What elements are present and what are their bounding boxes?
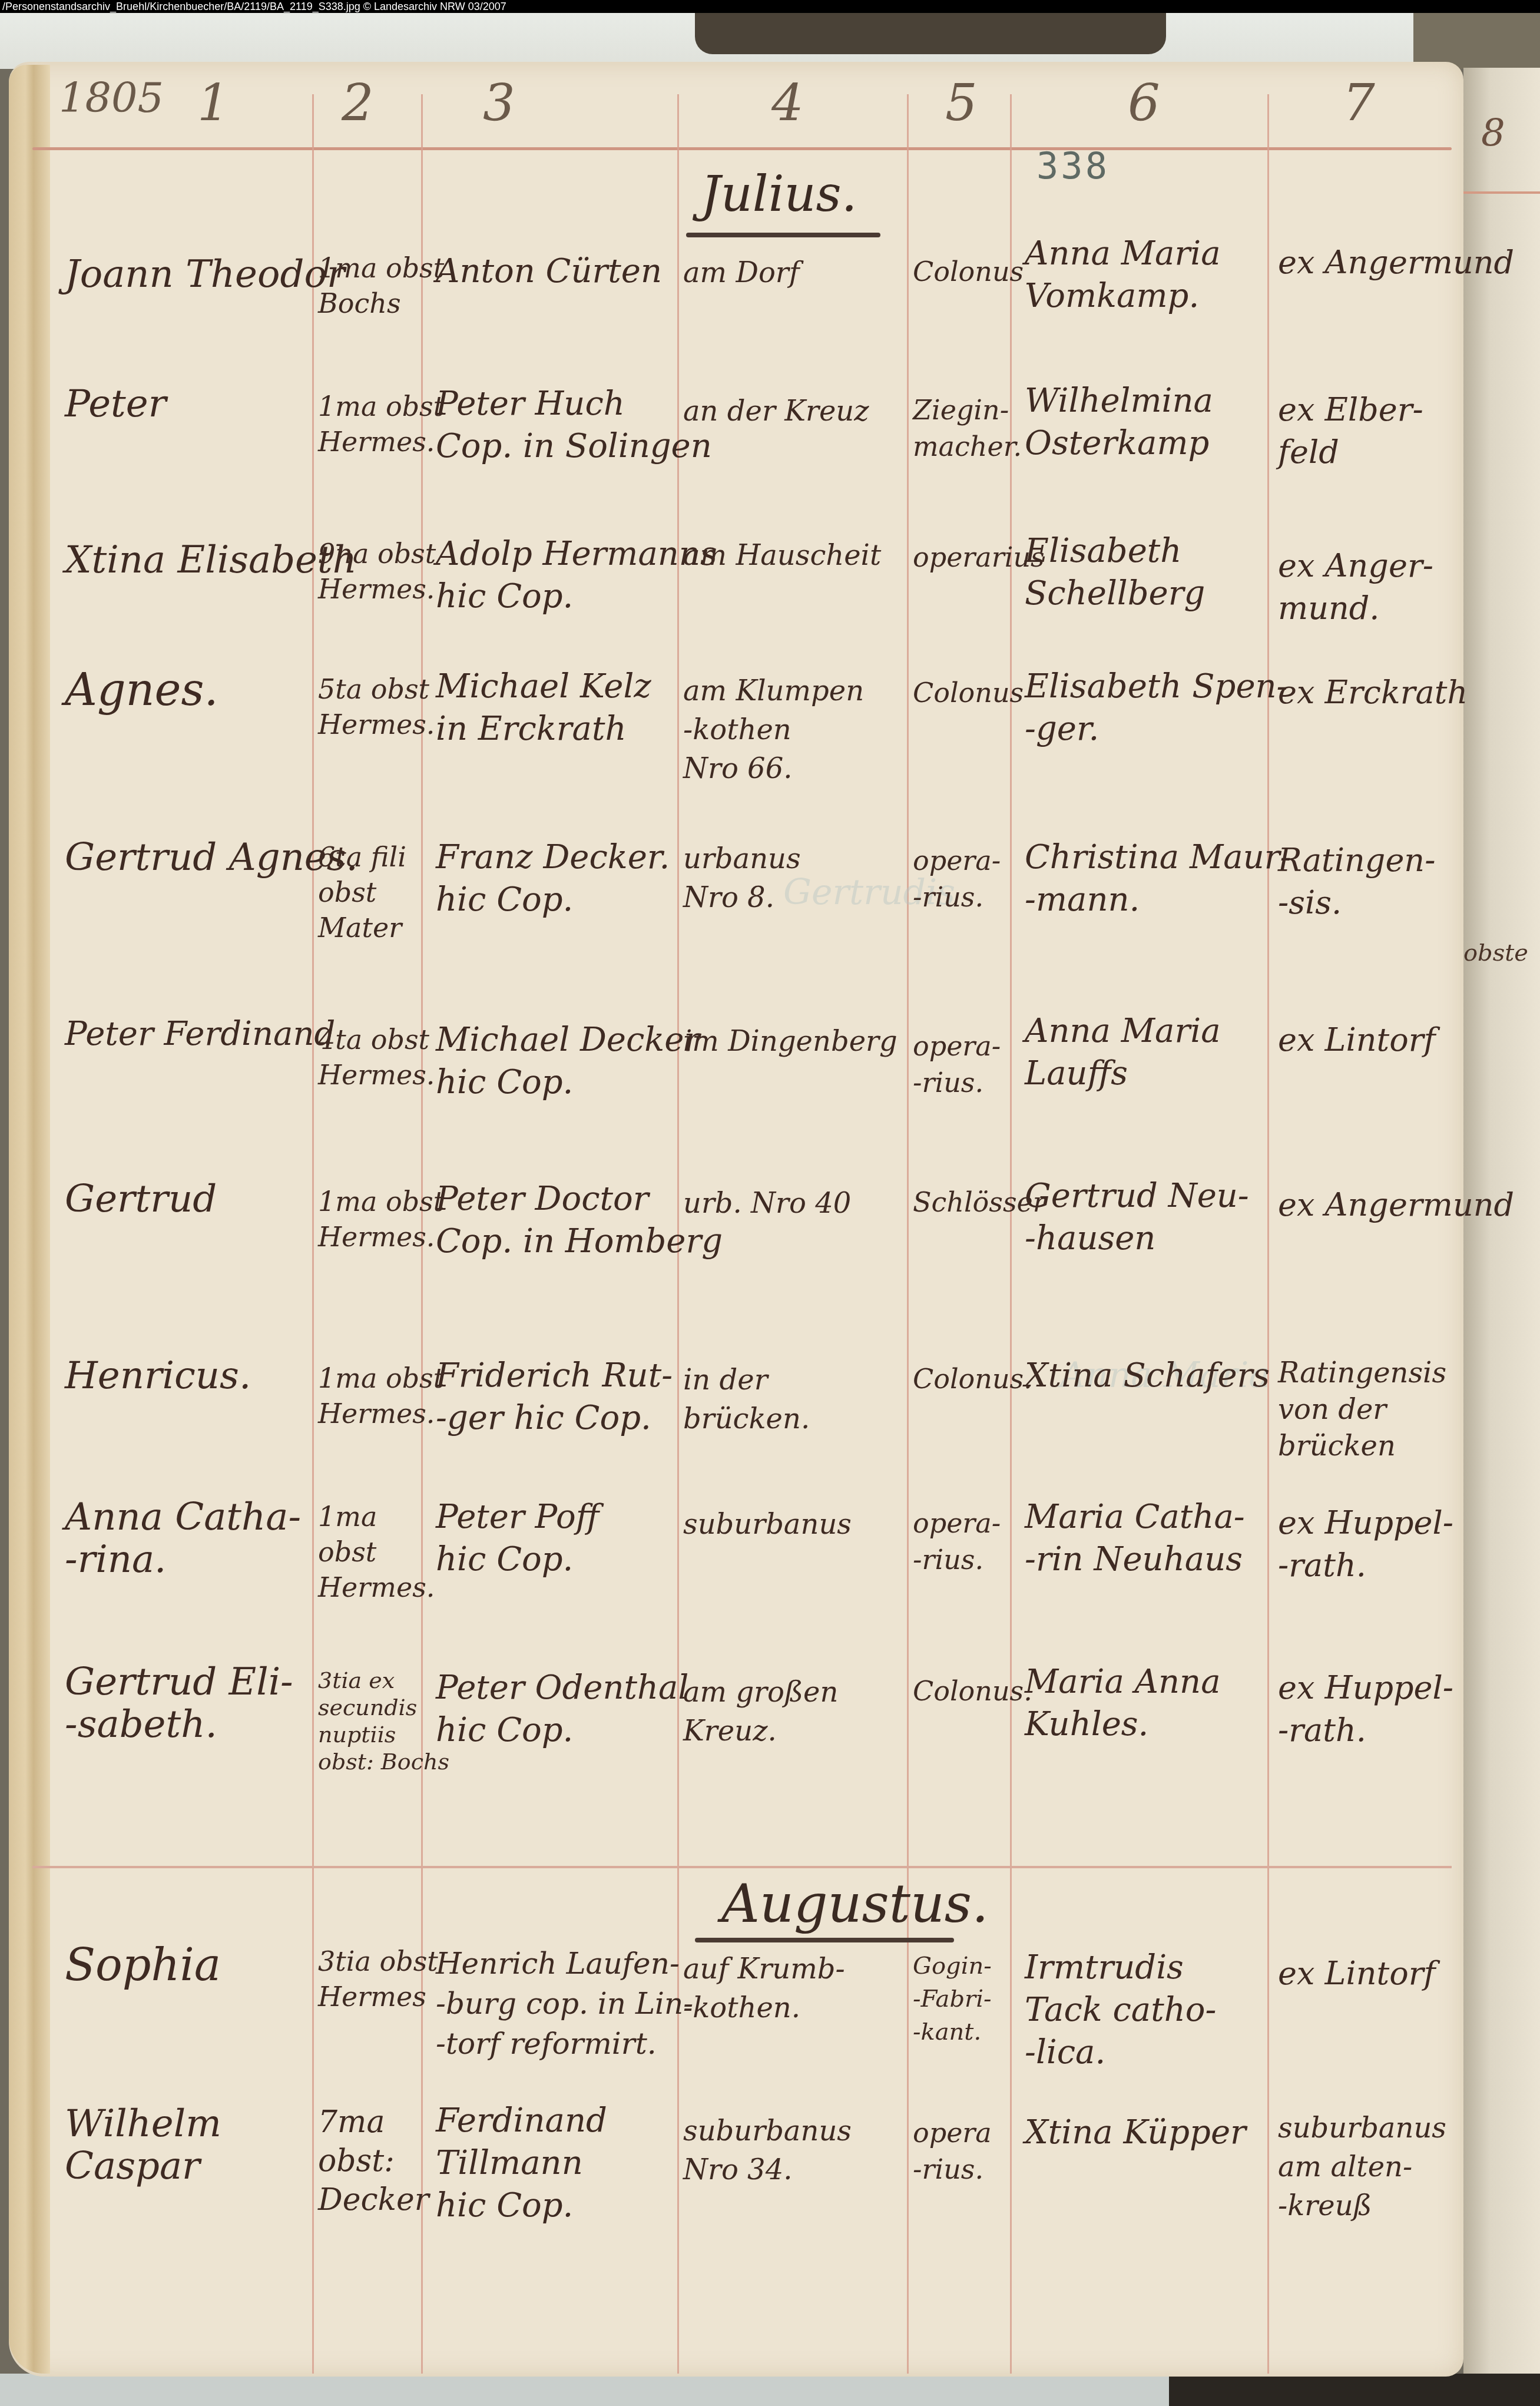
month-heading-underline	[686, 233, 880, 237]
origin: ex Huppel- -rath.	[1278, 1502, 1453, 1587]
column-number-4: 4	[771, 74, 804, 133]
residence: in der brücken.	[683, 1361, 810, 1438]
father: Anton Cürten	[436, 250, 662, 293]
father: Adolp Hermanns hic Cop.	[436, 533, 717, 618]
child-name: Agnes.	[65, 668, 218, 711]
birth-order-midwife: 1ma obst Hermes.	[318, 389, 444, 459]
section-divider-rule	[32, 1866, 1452, 1868]
child-name: Sophia	[65, 1944, 221, 1986]
birth-order-midwife: 3tia obst Hermes	[318, 1944, 438, 2014]
month-heading-augustus: Augustus.	[721, 1873, 989, 1935]
page-stack-edge	[9, 65, 50, 2374]
residence: an der Kreuz	[683, 392, 869, 431]
residence: im Dingenberg	[683, 1022, 897, 1061]
child-name: Henricus.	[65, 1355, 251, 1397]
status: Colonus	[913, 674, 1024, 711]
origin: ex Huppel- -rath.	[1278, 1667, 1453, 1752]
mother: Xtina Küpper	[1025, 2112, 1246, 2154]
mother: Maria Catha- -rin Neuhaus	[1025, 1496, 1245, 1581]
mother: Gertrud Neu- -hausen	[1025, 1175, 1249, 1260]
next-page-text-fragment: obste	[1463, 939, 1528, 967]
status: opera -rius.	[913, 2114, 992, 2187]
mother: Elisabeth Spen- -ger.	[1025, 666, 1288, 750]
column-number-6: 6	[1128, 74, 1160, 133]
residence: urb. Nro 40	[683, 1184, 851, 1223]
mother: Wilhelmina Osterkamp	[1025, 380, 1213, 465]
father: Franz Decker. hic Cop.	[436, 836, 670, 921]
child-name: Anna Catha- -rina.	[65, 1496, 301, 1581]
birth-order-midwife: 9na obst Hermes.	[318, 536, 436, 607]
residence: am Hauscheit	[683, 536, 881, 575]
status: Colonus.	[913, 1673, 1032, 1709]
status: Ziegin- macher.	[913, 392, 1022, 465]
child-name: Gertrud Eli- -sabeth.	[65, 1661, 293, 1746]
backdrop-shadow	[1413, 13, 1540, 69]
father: Michael Kelz in Erckrath	[436, 666, 651, 750]
column-divider	[1267, 94, 1269, 2374]
origin: ex Elber- feld	[1278, 389, 1423, 474]
origin: Ratingen- -sis.	[1278, 839, 1435, 924]
status: opera- -rius.	[913, 1505, 1001, 1578]
header-rule	[32, 147, 1452, 150]
birth-order-midwife: 7ma obst: Decker	[318, 2103, 429, 2219]
status: opera- -rius.	[913, 842, 1001, 915]
father: Michael Decker hic Cop.	[436, 1019, 700, 1104]
residence: am großen Kreuz.	[683, 1673, 838, 1750]
origin: suburbanus am alten- -kreuß	[1278, 2109, 1446, 2225]
next-page-column-number: 8	[1481, 112, 1505, 155]
child-name: Xtina Elisabeth	[65, 539, 357, 581]
column-number-7: 7	[1343, 74, 1375, 133]
status: Gogin- -Fabri- -kant.	[913, 1950, 992, 2048]
column-number-2: 2	[342, 74, 374, 133]
column-divider	[907, 94, 909, 2374]
father: Ferdinand Tillmann hic Cop.	[436, 2100, 607, 2227]
father: Peter Poff hic Cop.	[436, 1496, 599, 1581]
birth-order-midwife: 6ta fili obst Mater	[318, 839, 406, 945]
residence: suburbanus	[683, 1505, 852, 1544]
mother: Irmtrudis Tack catho- -lica.	[1025, 1947, 1216, 2074]
father: Peter Odenthal hic Cop.	[436, 1667, 688, 1752]
residence: am Dorf	[683, 253, 799, 292]
origin: ex Angermund	[1278, 1184, 1514, 1226]
origin: ex Anger- mund.	[1278, 545, 1433, 630]
column-number-5: 5	[945, 74, 978, 133]
book-cover-shadow	[1169, 2374, 1540, 2406]
month-heading-underline	[695, 1938, 954, 1942]
column-divider	[312, 94, 314, 2374]
mother: Christina Maur- -mann.	[1025, 836, 1291, 921]
father: Henrich Laufen- -burg cop. in Lin- -torf…	[436, 1944, 693, 2064]
status: opera- -rius.	[913, 1028, 1001, 1101]
residence: auf Krumb- -kothen.	[683, 1950, 845, 2027]
child-name: Peter Ferdinand	[65, 1013, 335, 1055]
origin: ex Lintorf	[1278, 1952, 1436, 1995]
father: Friderich Rut- -ger hic Cop.	[436, 1355, 673, 1439]
origin: ex Lintorf	[1278, 1019, 1436, 1061]
scan-backdrop-bottom	[0, 2374, 1540, 2406]
residence: suburbanus Nro 34.	[683, 2112, 852, 2189]
column-number-1: 1	[197, 74, 230, 133]
mother: Maria Anna Kuhles.	[1025, 1661, 1221, 1746]
origin: ex Angermund	[1278, 241, 1514, 284]
child-name: Gertrud Agnes.	[65, 836, 358, 879]
mother: Anna Maria Lauffs	[1025, 1010, 1221, 1095]
origin: Ratingensis von der brücken	[1278, 1355, 1446, 1464]
child-name: Peter	[65, 383, 166, 425]
father: Peter Doctor Cop. in Homberg	[436, 1178, 723, 1263]
folio-stamp: 338	[1036, 144, 1110, 187]
birth-order-midwife: 1ma obst Hermes.	[318, 1499, 435, 1605]
next-page-header-rule	[1463, 191, 1540, 194]
column-number-3: 3	[483, 74, 515, 133]
birth-order-midwife: 5ta obst Hermes.	[318, 671, 435, 742]
residence: am Klumpen -kothen Nro 66.	[683, 671, 864, 788]
scan-backdrop-top	[0, 13, 1540, 69]
origin: ex Erckrath	[1278, 671, 1468, 714]
birth-order-midwife: 1ma obst Bochs	[318, 250, 444, 321]
mother: Anna Maria Vomkamp.	[1025, 233, 1221, 317]
birth-order-midwife: 1ma obst Hermes.	[318, 1184, 444, 1255]
mother: Xtina Schafers	[1025, 1355, 1270, 1397]
birth-order-midwife: 4ta obst Hermes.	[318, 1022, 435, 1093]
image-caption-bar: /Personenstandsarchiv_Bruehl/Kirchenbuec…	[0, 0, 1540, 13]
register-year: 1805	[59, 74, 164, 122]
child-name: Gertrud	[65, 1178, 217, 1220]
birth-order-midwife: 3tia ex secundis nuptiis obst: Bochs	[318, 1667, 449, 1775]
residence: urbanus Nro 8.	[683, 839, 801, 917]
child-name: Joann Theodor	[65, 253, 345, 296]
father: Peter Huch Cop. in Solingen	[436, 383, 712, 468]
birth-order-midwife: 1ma obst Hermes.	[318, 1361, 444, 1431]
book-binding	[695, 13, 1166, 54]
status: Colonus	[913, 253, 1024, 290]
status: Colonus.	[913, 1361, 1032, 1397]
month-heading-julius: Julius.	[701, 165, 857, 223]
child-name: Wilhelm Caspar	[65, 2103, 221, 2187]
mother: Elisabeth Schellberg	[1025, 530, 1205, 615]
